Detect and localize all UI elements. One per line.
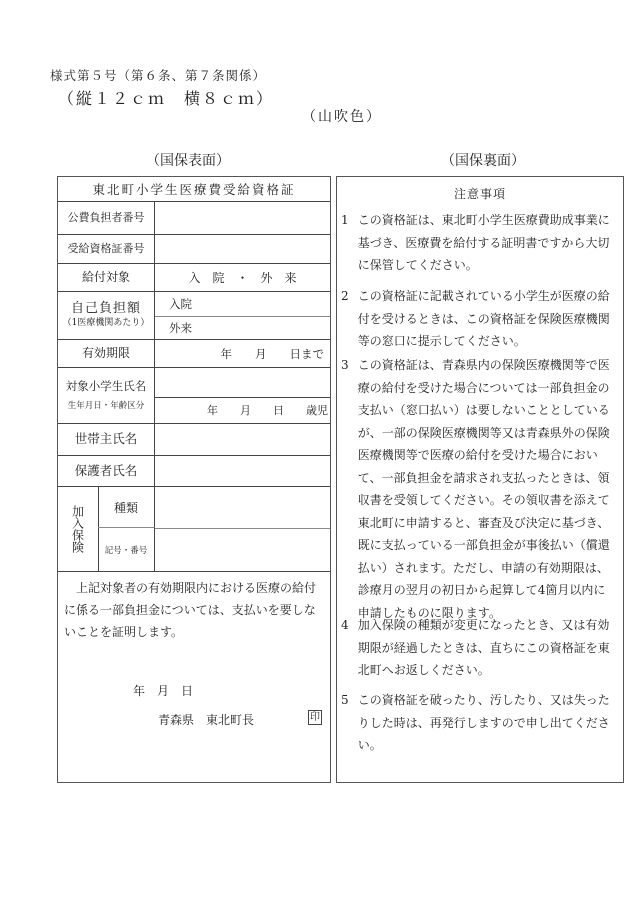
row-benefit-target: 給付対象 入 院 ・ 外 来	[58, 264, 330, 292]
copay-outpatient[interactable]: 外来	[155, 316, 330, 339]
row-public-payer: 公費負担者番号	[58, 202, 330, 235]
row-householder: 世帯主氏名	[58, 424, 330, 456]
insurance-label: 加入保険	[70, 505, 87, 553]
row-student: 対象小学生氏名 生年月日・年齢区分 年 月 日 歳児	[58, 368, 330, 424]
note-number: 3	[341, 354, 358, 377]
front-side-label: （国保表面）	[146, 150, 230, 170]
guardian-field[interactable]	[155, 456, 330, 486]
birth-value[interactable]: 年 月 日 歳児	[155, 397, 330, 423]
notes-title: 注意事項	[337, 185, 623, 202]
note-item: 5この資格証を破ったり、汚したり、又は失ったりした時は、再発行しますので申し出て…	[341, 689, 617, 757]
insurance-type-label: 種類	[98, 487, 155, 528]
note-text: この資格証を破ったり、汚したり、又は失ったりした時は、再発行しますので申し出てく…	[358, 693, 610, 752]
insurance-label-cell: 加入保険	[58, 487, 99, 571]
seal-mark: 印	[308, 710, 322, 725]
card-title: 東北町小学生医療費受給資格証	[58, 177, 330, 202]
certification-text: 上記対象者の有効期限内における医療の給付に係る一部負担金については、支払いを要し…	[64, 577, 326, 643]
benefit-target-value: 入 院 ・ 外 来	[155, 264, 330, 291]
insurance-symbol-field[interactable]	[155, 528, 330, 571]
back-side-label: （国保裏面）	[441, 150, 525, 170]
note-item: 4加入保険の種類が変更になったとき、又は有効期限が経過したときは、直ちにこの資格…	[341, 614, 617, 682]
row-validity: 有効期限 年 月 日まで	[58, 340, 330, 368]
row-copay: 自己負担額 （1医療機関あたり） 入院 外来	[58, 292, 330, 340]
guardian-label: 保護者氏名	[58, 456, 155, 486]
recipient-cert-field[interactable]	[155, 235, 330, 263]
note-number: 2	[341, 285, 358, 308]
note-text: この資格証に記載されている小学生が医療の給付を受けるときは、この資格証を保険医療…	[358, 289, 610, 348]
issuer-name: 青森県 東北町長	[158, 711, 254, 728]
householder-field[interactable]	[155, 424, 330, 455]
recipient-cert-label: 受給資格証番号	[58, 235, 155, 263]
student-name-field[interactable]	[155, 368, 330, 397]
note-number: 4	[341, 614, 358, 637]
card-size: （縦１２ｃｍ 横８ｃｍ）	[58, 86, 274, 109]
row-recipient-cert: 受給資格証番号	[58, 235, 330, 264]
front-card: 東北町小学生医療費受給資格証 公費負担者番号 受給資格証番号 給付対象 入 院 …	[57, 176, 331, 783]
copay-inpatient[interactable]: 入院	[155, 292, 330, 316]
card-color: （山吹色）	[302, 106, 382, 126]
note-item: 3この資格証は、青森県内の保険医療機関等で医療の給付を受けた場合については一部負…	[341, 354, 617, 624]
insurance-symbol-label: 記号・番号	[98, 528, 155, 571]
note-item: 2この資格証に記載されている小学生が医療の給付を受けるときは、この資格証を保険医…	[341, 285, 617, 353]
student-name-label: 対象小学生氏名	[66, 379, 147, 394]
copay-sub: （1医療機関あたり）	[63, 318, 150, 330]
public-payer-label: 公費負担者番号	[58, 202, 155, 234]
copay-label-cell: 自己負担額 （1医療機関あたり）	[58, 292, 155, 339]
validity-value[interactable]: 年 月 日まで	[155, 340, 330, 367]
birth-label: 生年月日・年齢区分	[68, 401, 145, 412]
note-number: 5	[341, 689, 358, 712]
insurance-type-field[interactable]	[155, 487, 330, 528]
copay-label: 自己負担額	[71, 301, 141, 318]
note-item: 1この資格証は、東北町小学生医療費助成事業に基づき、医療費を給付する証明書ですか…	[341, 209, 617, 277]
benefit-target-label: 給付対象	[58, 264, 155, 291]
row-guardian: 保護者氏名	[58, 456, 330, 487]
note-text: この資格証は、東北町小学生医療費助成事業に基づき、医療費を給付する証明書ですから…	[358, 213, 610, 272]
student-label-cell: 対象小学生氏名 生年月日・年齢区分	[58, 368, 155, 423]
form-number: 様式第５号（第６条、第７条関係）	[50, 66, 266, 84]
householder-label: 世帯主氏名	[58, 424, 155, 455]
public-payer-field[interactable]	[155, 202, 330, 234]
note-text: 加入保険の種類が変更になったとき、又は有効期限が経過したときは、直ちにこの資格証…	[358, 618, 610, 677]
issue-date[interactable]: 年 月 日	[133, 682, 193, 699]
note-number: 1	[341, 209, 358, 232]
validity-label: 有効期限	[58, 340, 155, 367]
back-card: 注意事項 1この資格証は、東北町小学生医療費助成事業に基づき、医療費を給付する証…	[336, 176, 624, 783]
note-text: この資格証は、青森県内の保険医療機関等で医療の給付を受けた場合については一部負担…	[358, 358, 610, 620]
row-insurance: 加入保険 種類 記号・番号	[58, 487, 330, 572]
